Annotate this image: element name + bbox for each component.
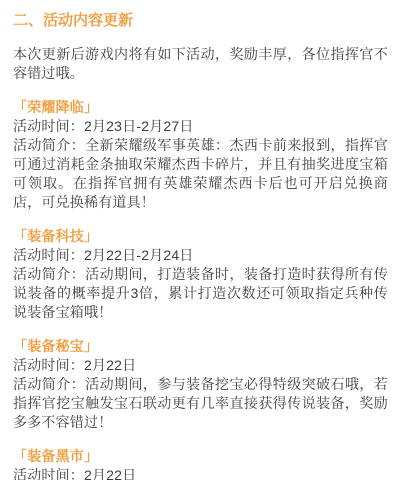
activity-title: 「荣耀降临」 [13, 98, 388, 117]
activity-update-article: 二、活动内容更新 本次更新后游戏内将有如下活动，奖励丰厚，各位指挥官不容错过哦。… [0, 0, 400, 480]
activity-time: 活动时间：2月22日 [13, 356, 388, 375]
activity-desc: 活动简介：活动期间，打造装备时，装备打造时获得所有传说装备的概率提升3倍，累计打… [13, 265, 388, 322]
intro-paragraph: 本次更新后游戏内将有如下活动，奖励丰厚，各位指挥官不容错过哦。 [13, 45, 388, 83]
activity-time: 活动时间：2月22日 [13, 466, 388, 480]
activity-section-equipment-tech: 「装备科技」 活动时间：2月22日-2月24日 活动简介：活动期间，打造装备时，… [13, 227, 388, 322]
activity-section-glory-arrival: 「荣耀降临」 活动时间：2月23日-2月27日 活动简介：全新荣耀级军事英雄：杰… [13, 98, 388, 212]
activity-title: 「装备黑市」 [13, 447, 388, 466]
activity-section-equipment-black-market: 「装备黑市」 活动时间：2月22日 [13, 447, 388, 480]
activity-desc: 活动简介：全新荣耀级军事英雄：杰西卡前来报到，指挥官可通过消耗金条抽取荣耀杰西卡… [13, 136, 388, 212]
activity-section-equipment-treasure: 「装备秘宝」 活动时间：2月22日 活动简介：活动期间，参与装备挖宝必得特级突破… [13, 337, 388, 432]
article-heading: 二、活动内容更新 [13, 10, 388, 31]
activity-title: 「装备科技」 [13, 227, 388, 246]
activity-time: 活动时间：2月22日-2月24日 [13, 246, 388, 265]
activity-title: 「装备秘宝」 [13, 337, 388, 356]
activity-time: 活动时间：2月23日-2月27日 [13, 117, 388, 136]
activity-desc: 活动简介：活动期间，参与装备挖宝必得特级突破石哦，若指挥官挖宝触发宝石联动更有几… [13, 375, 388, 432]
